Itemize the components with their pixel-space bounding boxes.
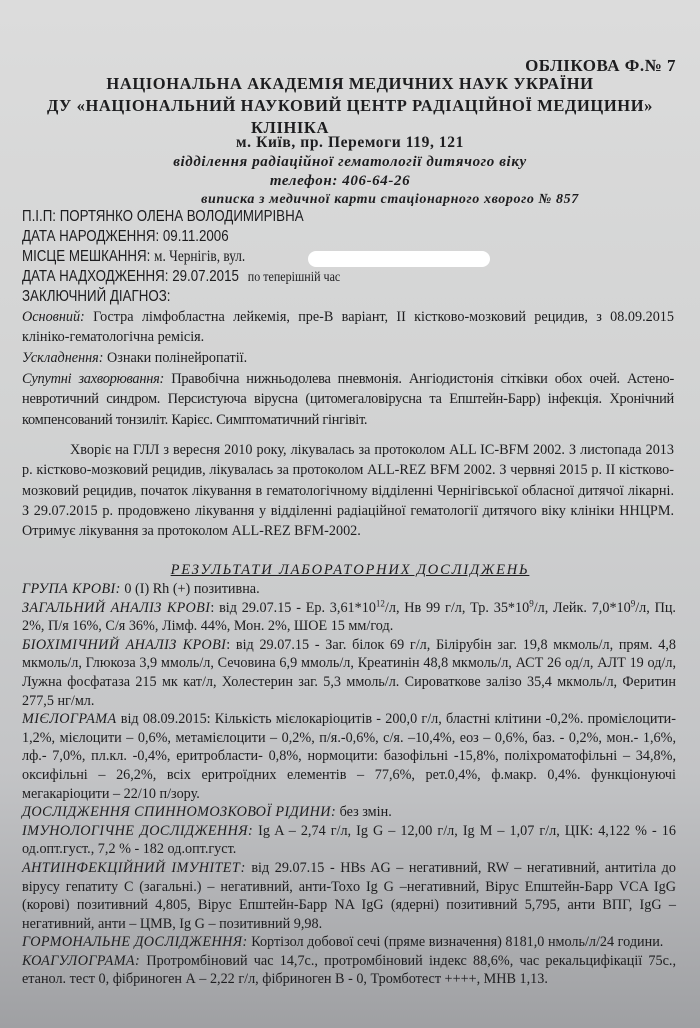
hormone-label: ГОРМОНАЛЬНЕ ДОСЛІДЖЕННЯ:: [22, 934, 248, 950]
csf: ДОСЛІДЖЕННЯ СПИННОМОЗКОВОЇ РІДИНИ: без з…: [22, 803, 676, 822]
anti-label: АНТИІНФЕКЦІЙНИЙ ІМУНІТЕТ:: [22, 860, 246, 876]
diagnosis-comorbid: Супутні захворювання: Правобічна нижньод…: [22, 369, 674, 430]
hormone: ГОРМОНАЛЬНЕ ДОСЛІДЖЕННЯ: Кортізол добово…: [22, 933, 676, 952]
immunology: ІМУНОЛОГІЧНЕ ДОСЛІДЖЕННЯ: Ig A – 2,74 г/…: [22, 822, 676, 859]
patient-name-label: П.І.П:: [22, 208, 56, 225]
hormone-text: Кортізол добової сечі (пряме визначення)…: [248, 934, 664, 950]
residence-label: МІСЦЕ МЕШКАННЯ:: [22, 248, 150, 265]
patient-name: ПОРТЯНКО ОЛЕНА ВОЛОДИМИРІВНА: [60, 208, 304, 225]
cbc-text-1: : від 29.07.15 - Ер. 3,61*10: [210, 600, 376, 616]
lab-results-title: РЕЗУЛЬТАТИ ЛАБОРАТОРНИХ ДОСЛІДЖЕНЬ: [0, 562, 700, 579]
cbc-label: ЗАГАЛЬНИЙ АНАЛІЗ КРОВІ: [22, 600, 210, 616]
lab-results: ГРУПА КРОВІ: 0 (I) Rh (+) позитивна. ЗАГ…: [22, 580, 676, 989]
center-title: ДУ «НАЦІОНАЛЬНИЙ НАУКОВИЙ ЦЕНТР РАДІАЦІЙ…: [0, 96, 700, 116]
diagnosis-label: ЗАКЛЮЧНИЙ ДІАГНОЗ:: [22, 288, 170, 306]
comorbid-label: Супутні захворювання:: [22, 371, 164, 387]
cbc: ЗАГАЛЬНИЙ АНАЛІЗ КРОВІ: від 29.07.15 - Е…: [22, 599, 676, 636]
dob-value: 09.11.2006: [163, 228, 229, 245]
diagnosis-complications: Ускладнення: Ознаки полінейропатії.: [22, 348, 674, 368]
admission-row: ДАТА НАДХОДЖЕННЯ: 29.07.2015 по теперішн…: [22, 268, 340, 286]
residence-row: МІСЦЕ МЕШКАННЯ: м. Чернігів, вул.: [22, 248, 245, 266]
diagnosis-main: Основний: Гостра лімфобластна лейкемія, …: [22, 307, 674, 348]
main-diagnosis-text: Гостра лімфобластна лейкемія, пре-В варі…: [22, 309, 674, 345]
blood-group-label: ГРУПА КРОВІ:: [22, 581, 121, 597]
cbc-text-2: /л, Нв 99 г/л, Тр. 35*10: [385, 600, 529, 616]
clinic-phone: телефон: 406-64-26: [0, 173, 690, 190]
blood-group: ГРУПА КРОВІ: 0 (I) Rh (+) позитивна.: [22, 580, 676, 599]
form-number: ОБЛІКОВА Ф.№ 7: [525, 56, 676, 76]
cbc-text-3: /л, Лейк. 7,0*10: [534, 600, 631, 616]
medical-history: Хворіє на ГЛЛ з вересня 2010 року, лікув…: [22, 440, 674, 541]
extract-title: виписка з медичної карти стаціонарного х…: [40, 192, 700, 208]
admission-date: 29.07.2015: [172, 268, 239, 285]
main-diagnosis-label: Основний:: [22, 309, 85, 325]
blood-group-value: 0 (I) Rh (+) позитивна.: [124, 581, 259, 597]
clinic-address: м. Київ, пр. Перемоги 119, 121: [0, 134, 700, 152]
document-page: ОБЛІКОВА Ф.№ 7 НАЦІОНАЛЬНА АКАДЕМІЯ МЕДИ…: [0, 0, 700, 1028]
myelogram: МІЄЛОГРАМА від 08.09.2015: Кількість міє…: [22, 710, 676, 803]
academy-title: НАЦІОНАЛЬНА АКАДЕМІЯ МЕДИЧНИХ НАУК УКРАЇ…: [0, 74, 700, 94]
coag-label: КОАГУЛОГРАМА:: [22, 953, 140, 969]
redacted-address: [308, 251, 490, 267]
csf-label: ДОСЛІДЖЕННЯ СПИННОМОЗКОВОЇ РІДИНИ:: [22, 804, 336, 820]
biochem: БІОХІМІЧНИЙ АНАЛІЗ КРОВІ: від 29.07.15 -…: [22, 636, 676, 710]
complications-label: Ускладнення:: [22, 350, 103, 366]
anti-infective-immunity: АНТИІНФЕКЦІЙНИЙ ІМУНІТЕТ: від 29.07.15 -…: [22, 859, 676, 933]
dob-row: ДАТА НАРОДЖЕННЯ: 09.11.2006: [22, 228, 229, 246]
myelogram-text: від 08.09.2015: Кількість мієлокаріоциті…: [22, 711, 676, 801]
coagulogram: КОАГУЛОГРАМА: Протромбіновий час 14,7с.,…: [22, 952, 676, 989]
biochem-label: БІОХІМІЧНИЙ АНАЛІЗ КРОВІ: [22, 637, 226, 653]
admission-label: ДАТА НАДХОДЖЕННЯ:: [22, 268, 168, 285]
myelogram-label: МІЄЛОГРАМА: [22, 711, 117, 727]
residence-value: м. Чернігів, вул.: [154, 248, 245, 265]
admission-suffix: по теперішній час: [248, 270, 340, 285]
cbc-exp-1: 12: [376, 598, 385, 608]
immuno-label: ІМУНОЛОГІЧНЕ ДОСЛІДЖЕННЯ:: [22, 823, 253, 839]
department-name: відділення радіаційної гематології дитяч…: [0, 154, 700, 171]
csf-text: без змін.: [336, 804, 392, 820]
dob-label: ДАТА НАРОДЖЕННЯ:: [22, 228, 159, 245]
patient-name-row: П.І.П: ПОРТЯНКО ОЛЕНА ВОЛОДИМИРІВНА: [22, 208, 304, 226]
complications-text: Ознаки полінейропатії.: [107, 350, 247, 366]
